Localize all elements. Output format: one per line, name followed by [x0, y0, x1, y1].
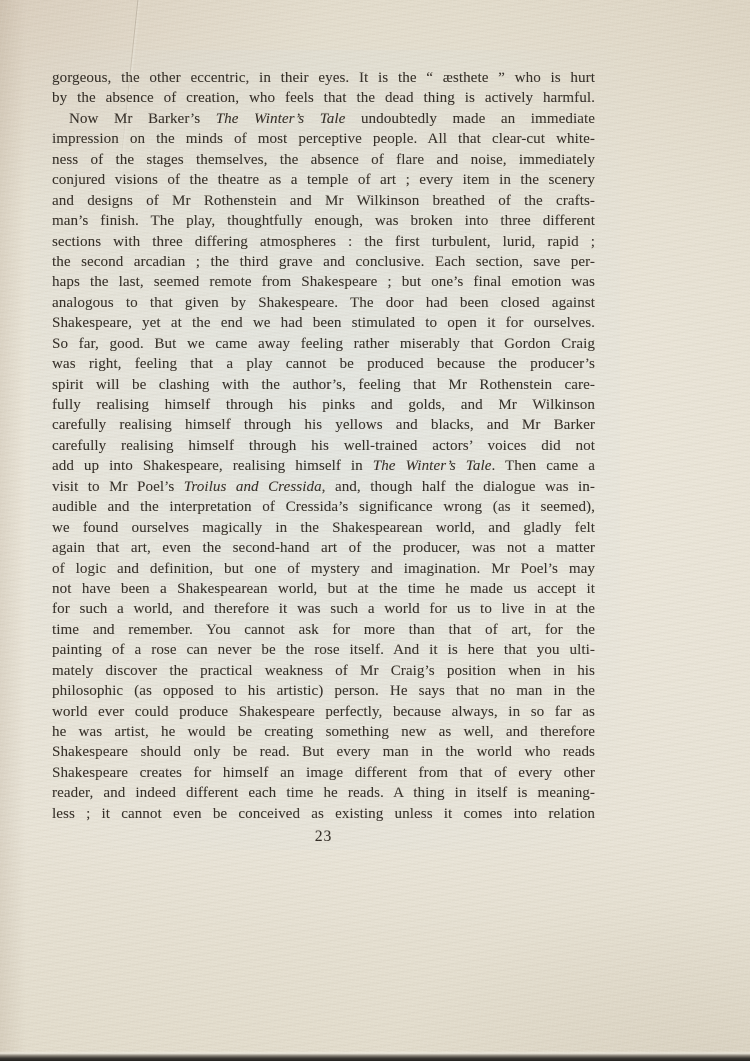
text-line: philosophic (as opposed to his artistic)… [52, 681, 595, 701]
page-bottom-edge [0, 1051, 750, 1061]
text-line: he was artist, he would be creating some… [52, 722, 595, 742]
text-line: time and remember. You cannot ask for mo… [52, 620, 595, 640]
text-segment: haps the last, seemed remote from Shakes… [52, 274, 595, 290]
text-line: for such a world, and therefore it was s… [52, 599, 595, 619]
text-line: conjured visions of the theatre as a tem… [52, 170, 595, 190]
text-segment: add up into Shakespeare, realising himse… [52, 458, 373, 474]
text-segment: mately discover the practical weakness o… [52, 663, 595, 679]
text-segment: the second arcadian ; the third grave an… [52, 254, 595, 270]
text-line: of logic and definition, but one of myst… [52, 559, 595, 579]
text-segment: for such a world, and therefore it was s… [52, 601, 595, 617]
text-line: world ever could produce Shakespeare per… [52, 702, 595, 722]
text-line: we found ourselves magically in the Shak… [52, 518, 595, 538]
text-segment: not have been a Shakespearean world, but… [52, 581, 595, 597]
text-segment: analogous to that given by Shakespeare. … [52, 295, 595, 311]
page-text-block: gorgeous, the other eccentric, in their … [52, 68, 595, 824]
text-segment: time and remember. You cannot ask for mo… [52, 622, 595, 638]
text-segment: we found ourselves magically in the Shak… [52, 520, 595, 536]
text-line: by the absence of creation, who feels th… [52, 88, 595, 108]
text-line: fully realising himself through his pink… [52, 395, 595, 415]
text-line: audible and the interpretation of Cressi… [52, 497, 595, 517]
text-segment: sections with three differing atmosphere… [52, 234, 595, 250]
text-line: spirit will be clashing with the author’… [52, 375, 595, 395]
text-line: Shakespeare should only be read. But eve… [52, 742, 595, 762]
text-segment: Now Mr Barker’s [69, 111, 216, 127]
book-title-italic: Troilus and Cressida [184, 479, 322, 495]
text-segment: of logic and definition, but one of myst… [52, 561, 595, 577]
text-segment: . Then came a [491, 458, 595, 474]
text-line: visit to Mr Poel’s Troilus and Cressida,… [52, 477, 595, 497]
text-line: haps the last, seemed remote from Shakes… [52, 272, 595, 292]
text-segment: Shakespeare should only be read. But eve… [52, 744, 595, 760]
text-line: the second arcadian ; the third grave an… [52, 252, 595, 272]
text-line: carefully realising himself through his … [52, 436, 595, 456]
text-segment: Shakespeare, yet at the end we had been … [52, 315, 595, 331]
text-line: not have been a Shakespearean world, but… [52, 579, 595, 599]
text-segment: reader, and indeed different each time h… [52, 785, 595, 801]
text-line: ness of the stages themselves, the absen… [52, 150, 595, 170]
text-line: man’s finish. The play, thoughtfully eno… [52, 211, 595, 231]
text-line: and designs of Mr Rothenstein and Mr Wil… [52, 191, 595, 211]
text-segment: carefully realising himself through his … [52, 438, 595, 454]
text-line: mately discover the practical weakness o… [52, 661, 595, 681]
text-line: Now Mr Barker’s The Winter’s Tale undoub… [52, 109, 595, 129]
text-segment: fully realising himself through his pink… [52, 397, 595, 413]
book-title-italic: The Winter’s Tale [216, 111, 346, 127]
text-line: was right, feeling that a play cannot be… [52, 354, 595, 374]
text-segment: was right, feeling that a play cannot be… [52, 356, 595, 372]
text-segment: again that art, even the second-hand art… [52, 540, 595, 556]
text-line: reader, and indeed different each time h… [52, 783, 595, 803]
text-line: impression on the minds of most percepti… [52, 129, 595, 149]
text-line: less ; it cannot even be conceived as ex… [52, 804, 595, 824]
text-segment: by the absence of creation, who feels th… [52, 90, 595, 106]
text-line: gorgeous, the other eccentric, in their … [52, 68, 595, 88]
text-segment: visit to Mr Poel’s [52, 479, 184, 495]
text-segment: spirit will be clashing with the author’… [52, 377, 595, 393]
page-left-edge-shadow [0, 0, 26, 1061]
text-segment: and designs of Mr Rothenstein and Mr Wil… [52, 193, 595, 209]
text-segment: world ever could produce Shakespeare per… [52, 704, 595, 720]
text-segment: ness of the stages themselves, the absen… [52, 152, 595, 168]
text-segment: conjured visions of the theatre as a tem… [52, 172, 595, 188]
text-segment: he was artist, he would be creating some… [52, 724, 595, 740]
text-line: sections with three differing atmosphere… [52, 232, 595, 252]
text-segment: , and, though half the dialogue was in- [322, 479, 595, 495]
text-segment: less ; it cannot even be conceived as ex… [52, 806, 595, 822]
text-line: painting of a rose can never be the rose… [52, 640, 595, 660]
book-page-scan: gorgeous, the other eccentric, in their … [0, 0, 750, 1061]
text-segment: carefully realising himself through his … [52, 417, 595, 433]
text-segment: undoubtedly made an immediate [345, 111, 595, 127]
text-segment: man’s finish. The play, thoughtfully eno… [52, 213, 595, 229]
book-title-italic: The Winter’s Tale [373, 458, 492, 474]
text-line: So far, good. But we came away feeling r… [52, 334, 595, 354]
text-segment: painting of a rose can never be the rose… [52, 642, 595, 658]
text-segment: gorgeous, the other eccentric, in their … [52, 70, 595, 86]
text-line: Shakespeare creates for himself an image… [52, 763, 595, 783]
text-line: add up into Shakespeare, realising himse… [52, 456, 595, 476]
text-segment: impression on the minds of most percepti… [52, 131, 595, 147]
text-segment: So far, good. But we came away feeling r… [52, 336, 595, 352]
text-line: carefully realising himself through his … [52, 415, 595, 435]
text-line: again that art, even the second-hand art… [52, 538, 595, 558]
text-segment: Shakespeare creates for himself an image… [52, 765, 595, 781]
text-line: Shakespeare, yet at the end we had been … [52, 313, 595, 333]
page-number: 23 [52, 828, 595, 846]
text-line: analogous to that given by Shakespeare. … [52, 293, 595, 313]
text-segment: philosophic (as opposed to his artistic)… [52, 683, 595, 699]
text-segment: audible and the interpretation of Cressi… [52, 499, 595, 515]
